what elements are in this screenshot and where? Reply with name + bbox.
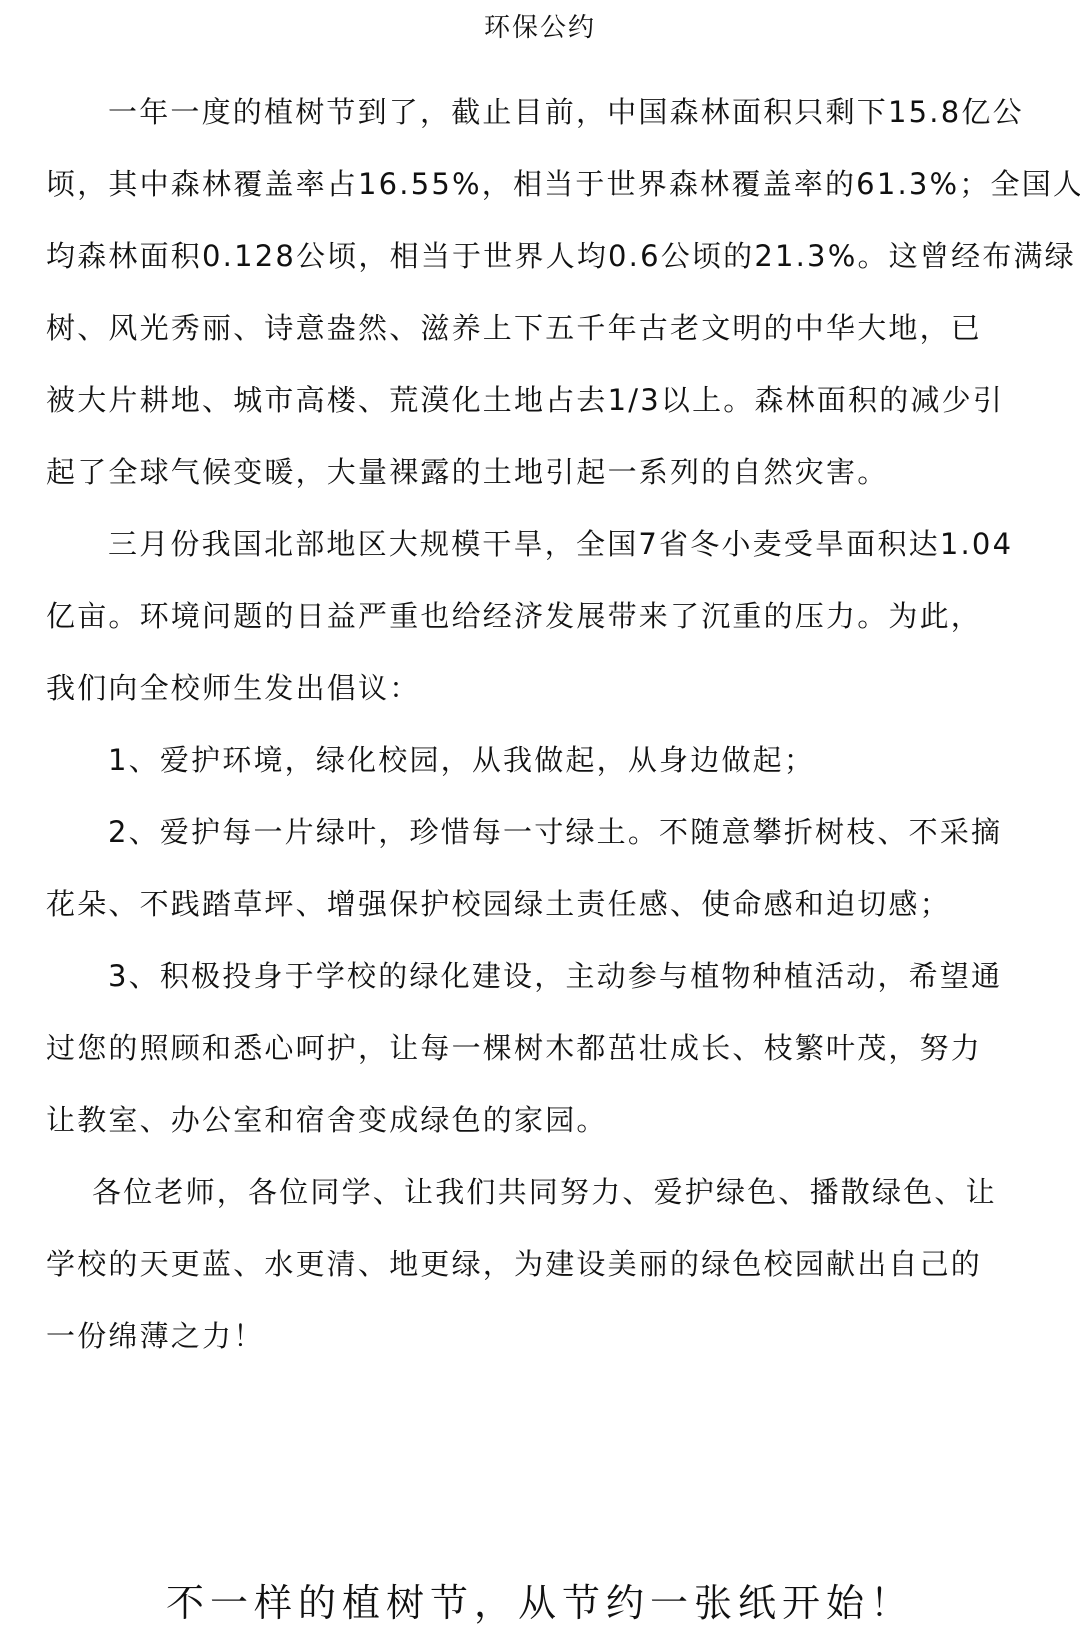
- document-title: 环保公约: [0, 8, 1080, 48]
- text-line: 学校的天更蓝、水更清、地更绿，为建设美丽的绿色校园献出自己的: [46, 1244, 1036, 1284]
- text-line: 顷，其中森林覆盖率占16.55%，相当于世界森林覆盖率的61.3%；全国人: [46, 164, 1036, 204]
- text-line: 过您的照顾和悉心呵护，让每一棵树木都茁壮成长、枝繁叶茂，努力: [46, 1028, 1036, 1068]
- footer-slogan: 不一样的植树节，从节约一张纸开始！: [0, 1578, 1080, 1628]
- list-item-1: 1、爱护环境，绿化校园，从我做起，从身边做起；: [108, 740, 1080, 780]
- text-line: 三月份我国北部地区大规模干旱，全国7省冬小麦受旱面积达1.04: [108, 524, 1080, 564]
- text-line: 被大片耕地、城市高楼、荒漠化土地占去1/3以上。森林面积的减少引: [46, 380, 1036, 420]
- text-line: 让教室、办公室和宿舍变成绿色的家园。: [46, 1100, 1036, 1140]
- text-line: 一份绵薄之力！: [46, 1316, 1036, 1356]
- text-line: 各位老师，各位同学、让我们共同努力、爱护绿色、播散绿色、让: [92, 1172, 1080, 1212]
- list-item-2: 2、爱护每一片绿叶，珍惜每一寸绿土。不随意攀折树枝、不采摘: [108, 812, 1080, 852]
- text-line: 一年一度的植树节到了，截止目前，中国森林面积只剩下15.8亿公: [108, 92, 1080, 132]
- text-line: 树、风光秀丽、诗意盎然、滋养上下五千年古老文明的中华大地，已: [46, 308, 1036, 348]
- text-line: 亿亩。环境问题的日益严重也给经济发展带来了沉重的压力。为此，: [46, 596, 1036, 636]
- text-line: 花朵、不践踏草坪、增强保护校园绿土责任感、使命感和迫切感；: [46, 884, 1036, 924]
- text-line: 起了全球气候变暖，大量裸露的土地引起一系列的自然灾害。: [46, 452, 1036, 492]
- text-line: 我们向全校师生发出倡议：: [46, 668, 1036, 708]
- text-line: 均森林面积0.128公顷，相当于世界人均0.6公顷的21.3%。这曾经布满绿: [46, 236, 1036, 276]
- list-item-3: 3、积极投身于学校的绿化建设，主动参与植物种植活动，希望通: [108, 956, 1080, 996]
